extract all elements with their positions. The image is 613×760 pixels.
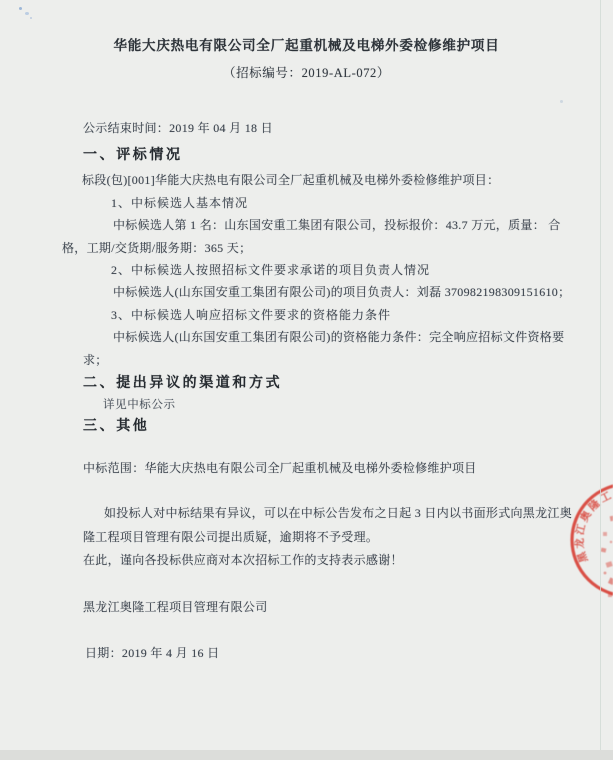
red-seal-stamp: 黑龙江奥隆工程项目管理有限公司 — [553, 450, 613, 660]
item3-heading: 3、中标候选人响应招标文件要求的资格能力条件 — [111, 308, 391, 323]
publicity-end-time: 公示结束时间：2019 年 04 月 18 日 — [83, 121, 273, 136]
tender-number: （招标编号：2019-AL-072） — [0, 66, 613, 82]
thanks-line: 在此，谨向各投标供应商对本次招标工作的支持表示感谢！ — [83, 553, 403, 568]
ink-speck — [25, 12, 29, 15]
agency-name: 黑龙江奥隆工程项目管理有限公司 — [83, 600, 268, 615]
section-heading-evaluation: 一、评标情况 — [83, 147, 183, 165]
item2-heading: 2、中标候选人按照招标文件要求承诺的项目负责人情况 — [111, 263, 430, 278]
ink-speck — [19, 7, 22, 10]
scanned-document-page: 华能大庆热电有限公司全厂起重机械及电梯外委检修维护项目 （招标编号：2019-A… — [0, 0, 613, 760]
date-line: 日期：2019 年 4 月 16 日 — [85, 646, 219, 661]
ink-speck — [560, 100, 563, 103]
scan-edge-line — [600, 0, 601, 760]
item1-line2: 格，工期/交货期/服务期：365 天； — [62, 241, 251, 256]
document-title: 华能大庆热电有限公司全厂起重机械及电梯外委检修维护项目 — [0, 38, 613, 55]
section-heading-other: 三、其他 — [83, 418, 149, 436]
item1-line1: 中标候选人第 1 名：山东国安重工集团有限公司，投标报价：43.7 万元，质量：… — [113, 218, 561, 233]
section-heading-objection: 二、提出异议的渠道和方式 — [83, 375, 282, 393]
item3-line1: 中标候选人(山东国安重工集团有限公司)的资格能力条件：完全响应招标文件资格要 — [113, 330, 564, 345]
item2-line: 中标候选人(山东国安重工集团有限公司)的项目负责人：刘磊 37098219830… — [113, 285, 570, 300]
objection-notice-line2: 隆工程项目管理有限公司提出质疑，逾期将不予受理。 — [83, 530, 378, 545]
ink-speck — [30, 17, 32, 19]
item3-line2: 求； — [83, 353, 108, 368]
objection-body: 详见中标公示 — [103, 398, 176, 412]
scan-bottom-edge — [0, 750, 613, 760]
award-scope-line: 中标范围：华能大庆热电有限公司全厂起重机械及电梯外委检修维护项目 — [83, 461, 477, 476]
lot-line: 标段(包)[001]华能大庆热电有限公司全厂起重机械及电梯外委检修维护项目： — [82, 173, 499, 188]
seal-speckles — [601, 516, 613, 597]
item1-heading: 1、中标候选人基本情况 — [111, 196, 248, 211]
objection-notice-line1: 如投标人对中标结果有异议，可以在中标公告发布之日起 3 日内以书面形式向黑龙江奥 — [104, 506, 572, 521]
